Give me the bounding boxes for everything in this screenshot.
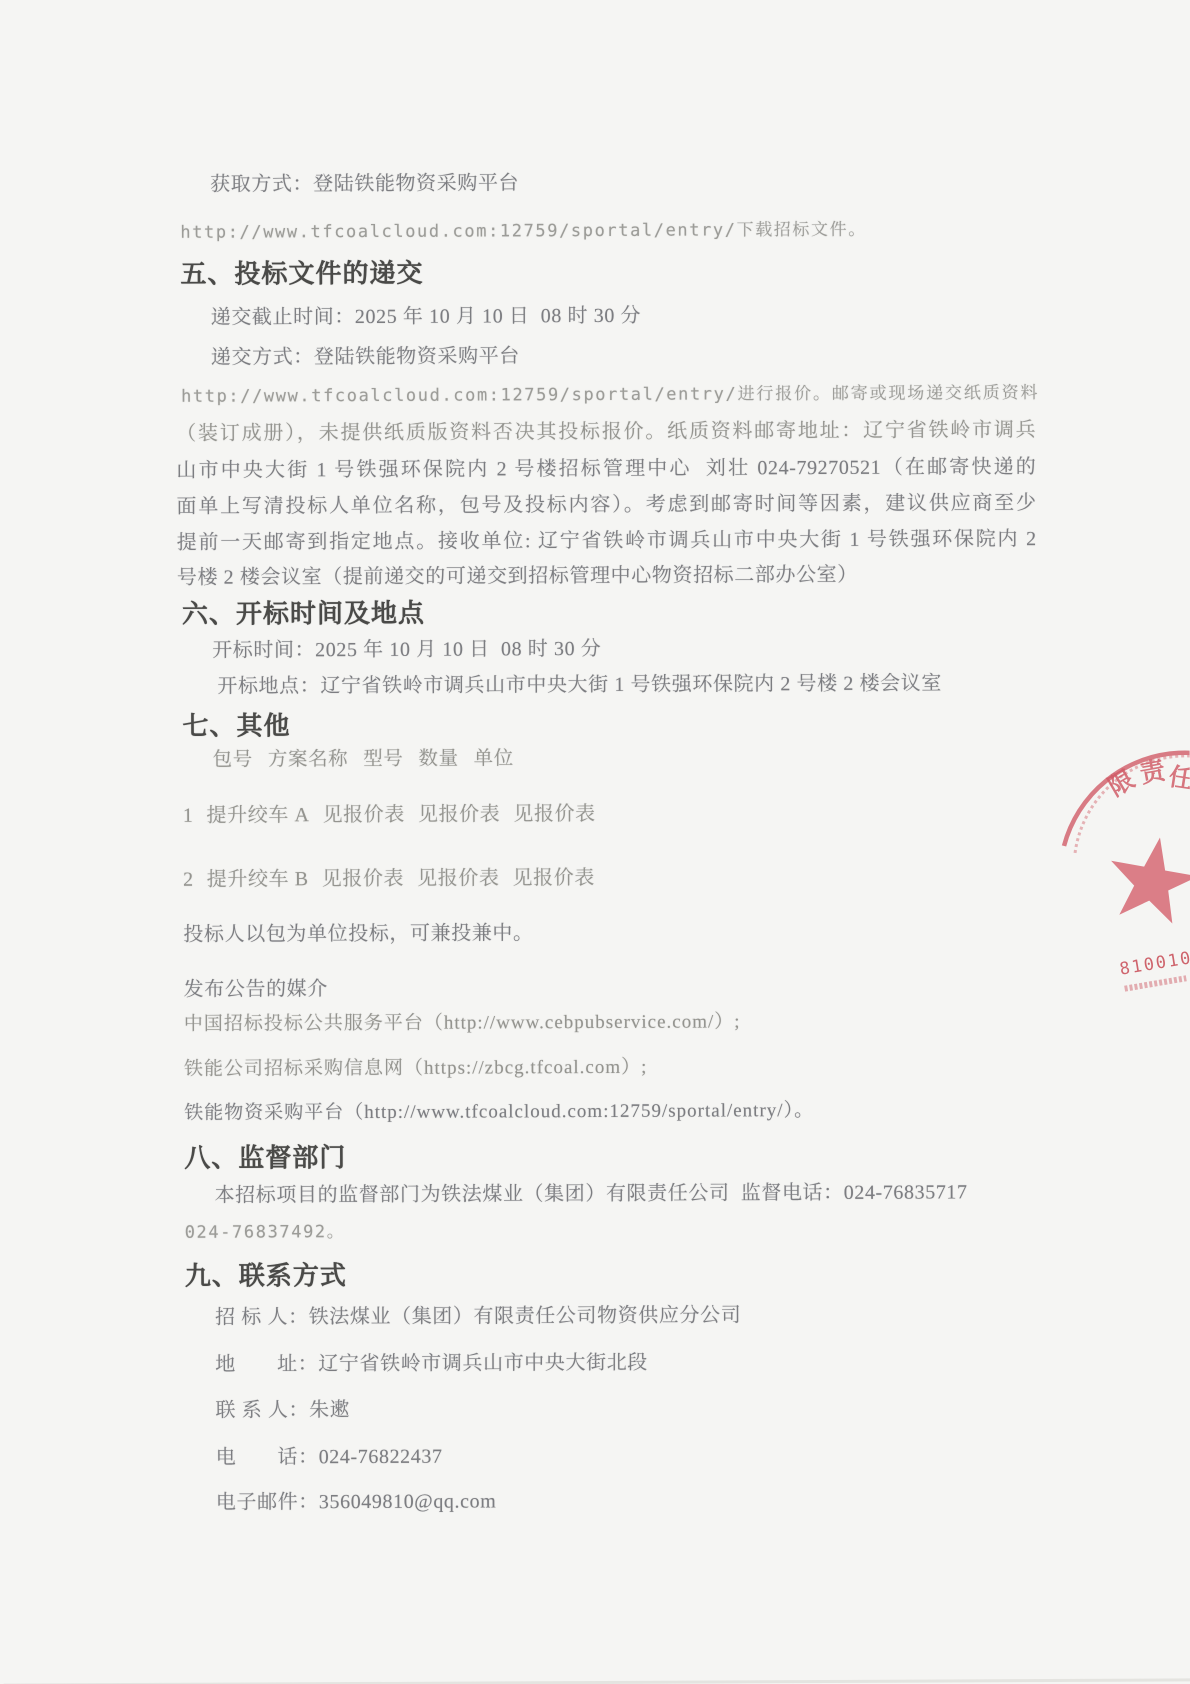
download-url-line: http://www.tfcoalcloud.com:12759/sportal… bbox=[180, 215, 867, 243]
col-unit: 单位 bbox=[474, 742, 514, 770]
contact-person-line: 联 系 人：朱遬 bbox=[215, 1393, 350, 1423]
stamp-arc-char: 任 bbox=[1167, 763, 1190, 794]
row2-package-no: 2 bbox=[183, 869, 194, 892]
opening-place-line: 开标地点：辽宁省铁岭市调兵山市中央大街 1 号铁强环保院内 2 号楼 2 楼会议… bbox=[217, 666, 942, 698]
acquire-method-line: 获取方式：登陆铁能物资采购平台 bbox=[210, 166, 519, 196]
section7-heading: 七、其他 bbox=[182, 705, 290, 742]
supervision-line-1: 本招标项目的监督部门为铁法煤业（集团）有限责任公司 监督电话：024-76835… bbox=[214, 1175, 967, 1207]
opening-time-line: 开标时间：2025 年 10 月 10 日 08 时 30 分 bbox=[212, 632, 601, 663]
submit-deadline-line: 递交截止时间：2025 年 10 月 10 日 08 时 30 分 bbox=[211, 299, 642, 330]
section9-heading: 九、联系方式 bbox=[185, 1255, 347, 1293]
submit-method-line: 递交方式：登陆铁能物资采购平台 bbox=[211, 339, 520, 369]
section6-heading: 六、开标时间及地点 bbox=[182, 593, 425, 631]
phone-line: 电 话：024-76822437 bbox=[216, 1440, 443, 1470]
row2-quantity: 见报价表 bbox=[417, 861, 500, 890]
row2-unit: 见报价表 bbox=[512, 861, 595, 890]
company-seal-stamp: 限 责 任 公 8100109 bbox=[1019, 692, 1190, 1013]
row1-unit: 见报价表 bbox=[513, 797, 596, 826]
company-seal-icon: 限 责 任 公 8100109 bbox=[1019, 692, 1190, 1013]
address-line: 地 址：辽宁省铁岭市调兵山市中央大街北段 bbox=[215, 1346, 648, 1377]
submit-para-line-2: （装订成册），未提供纸质版资料否决其投标报价。纸质资料邮寄地址：辽宁省铁岭市调兵 bbox=[176, 413, 1036, 446]
package-table-row: 1 提升绞车 A 见报价表 见报价表 见报价表 bbox=[183, 797, 596, 828]
col-plan-name: 方案名称 bbox=[268, 743, 349, 771]
media-line-2: 铁能公司招标采购信息网（https://zbcg.tfcoal.com）; bbox=[184, 1052, 648, 1081]
bidder-line: 招 标 人：铁法煤业（集团）有限责任公司物资供应分公司 bbox=[215, 1298, 741, 1329]
media-line-3: 铁能物资采购平台（http://www.tfcoalcloud.com:1275… bbox=[184, 1095, 814, 1125]
scan-bottom-edge bbox=[4, 1678, 1190, 1684]
media-title-line: 发布公告的媒介 bbox=[184, 972, 328, 1002]
row1-plan-name: 提升绞车 A bbox=[206, 798, 309, 827]
submit-para-line-5: 提前一天邮寄到指定地点。接收单位: 辽宁省铁岭市调兵山市中央大街 1 号铁强环保… bbox=[177, 522, 1037, 555]
stamp-arc-char: 公 bbox=[1185, 780, 1190, 817]
stamp-arc-char: 责 bbox=[1138, 756, 1170, 788]
section5-heading: 五、投标文件的递交 bbox=[180, 253, 423, 291]
stamp-serial-number: 8100109 bbox=[1118, 946, 1190, 980]
row2-model: 见报价表 bbox=[322, 862, 405, 891]
document-page: 获取方式：登陆铁能物资采购平台 http://www.tfcoalcloud.c… bbox=[0, 0, 1190, 1684]
submit-para-line-6: 号楼 2 楼会议室（提前递交的可递交到招标管理中心物资招标二部办公室） bbox=[177, 558, 858, 590]
stamp-smudge bbox=[1124, 978, 1186, 988]
row1-quantity: 见报价表 bbox=[418, 797, 501, 826]
supervision-line-2: 024-76837492。 bbox=[185, 1217, 346, 1243]
col-package-no: 包号 bbox=[213, 743, 253, 771]
col-model: 型号 bbox=[363, 743, 403, 771]
row1-package-no: 1 bbox=[183, 805, 194, 828]
package-table-header: 包号 方案名称 型号 数量 单位 bbox=[213, 742, 514, 771]
email-line: 电子邮件：356049810@qq.com bbox=[216, 1484, 497, 1514]
submit-para-line-3: 山市中央大街 1 号铁强环保院内 2 号楼招标管理中心 刘壮 024-79270… bbox=[176, 450, 1036, 483]
media-line-1: 中国招标投标公共服务平台（http://www.cebpubservice.co… bbox=[184, 1006, 741, 1035]
row1-model: 见报价表 bbox=[322, 798, 405, 827]
row2-plan-name: 提升绞车 B bbox=[207, 862, 309, 891]
package-table-row: 2 提升绞车 B 见报价表 见报价表 见报价表 bbox=[183, 861, 595, 892]
col-quantity: 数量 bbox=[418, 743, 458, 771]
section8-heading: 八、监督部门 bbox=[184, 1137, 346, 1175]
submit-para-line-4: 面单上写清投标人单位名称，包号及投标内容）。考虑到邮寄时间等因素，建议供应商至少 bbox=[176, 486, 1036, 519]
stamp-star-icon bbox=[1111, 837, 1190, 923]
submit-para-line-1: http://www.tfcoalcloud.com:12759/sportal… bbox=[181, 378, 1039, 407]
stamp-arc-char: 限 bbox=[1104, 765, 1140, 802]
bid-rule-note: 投标人以包为单位投标，可兼投兼中。 bbox=[183, 916, 533, 947]
